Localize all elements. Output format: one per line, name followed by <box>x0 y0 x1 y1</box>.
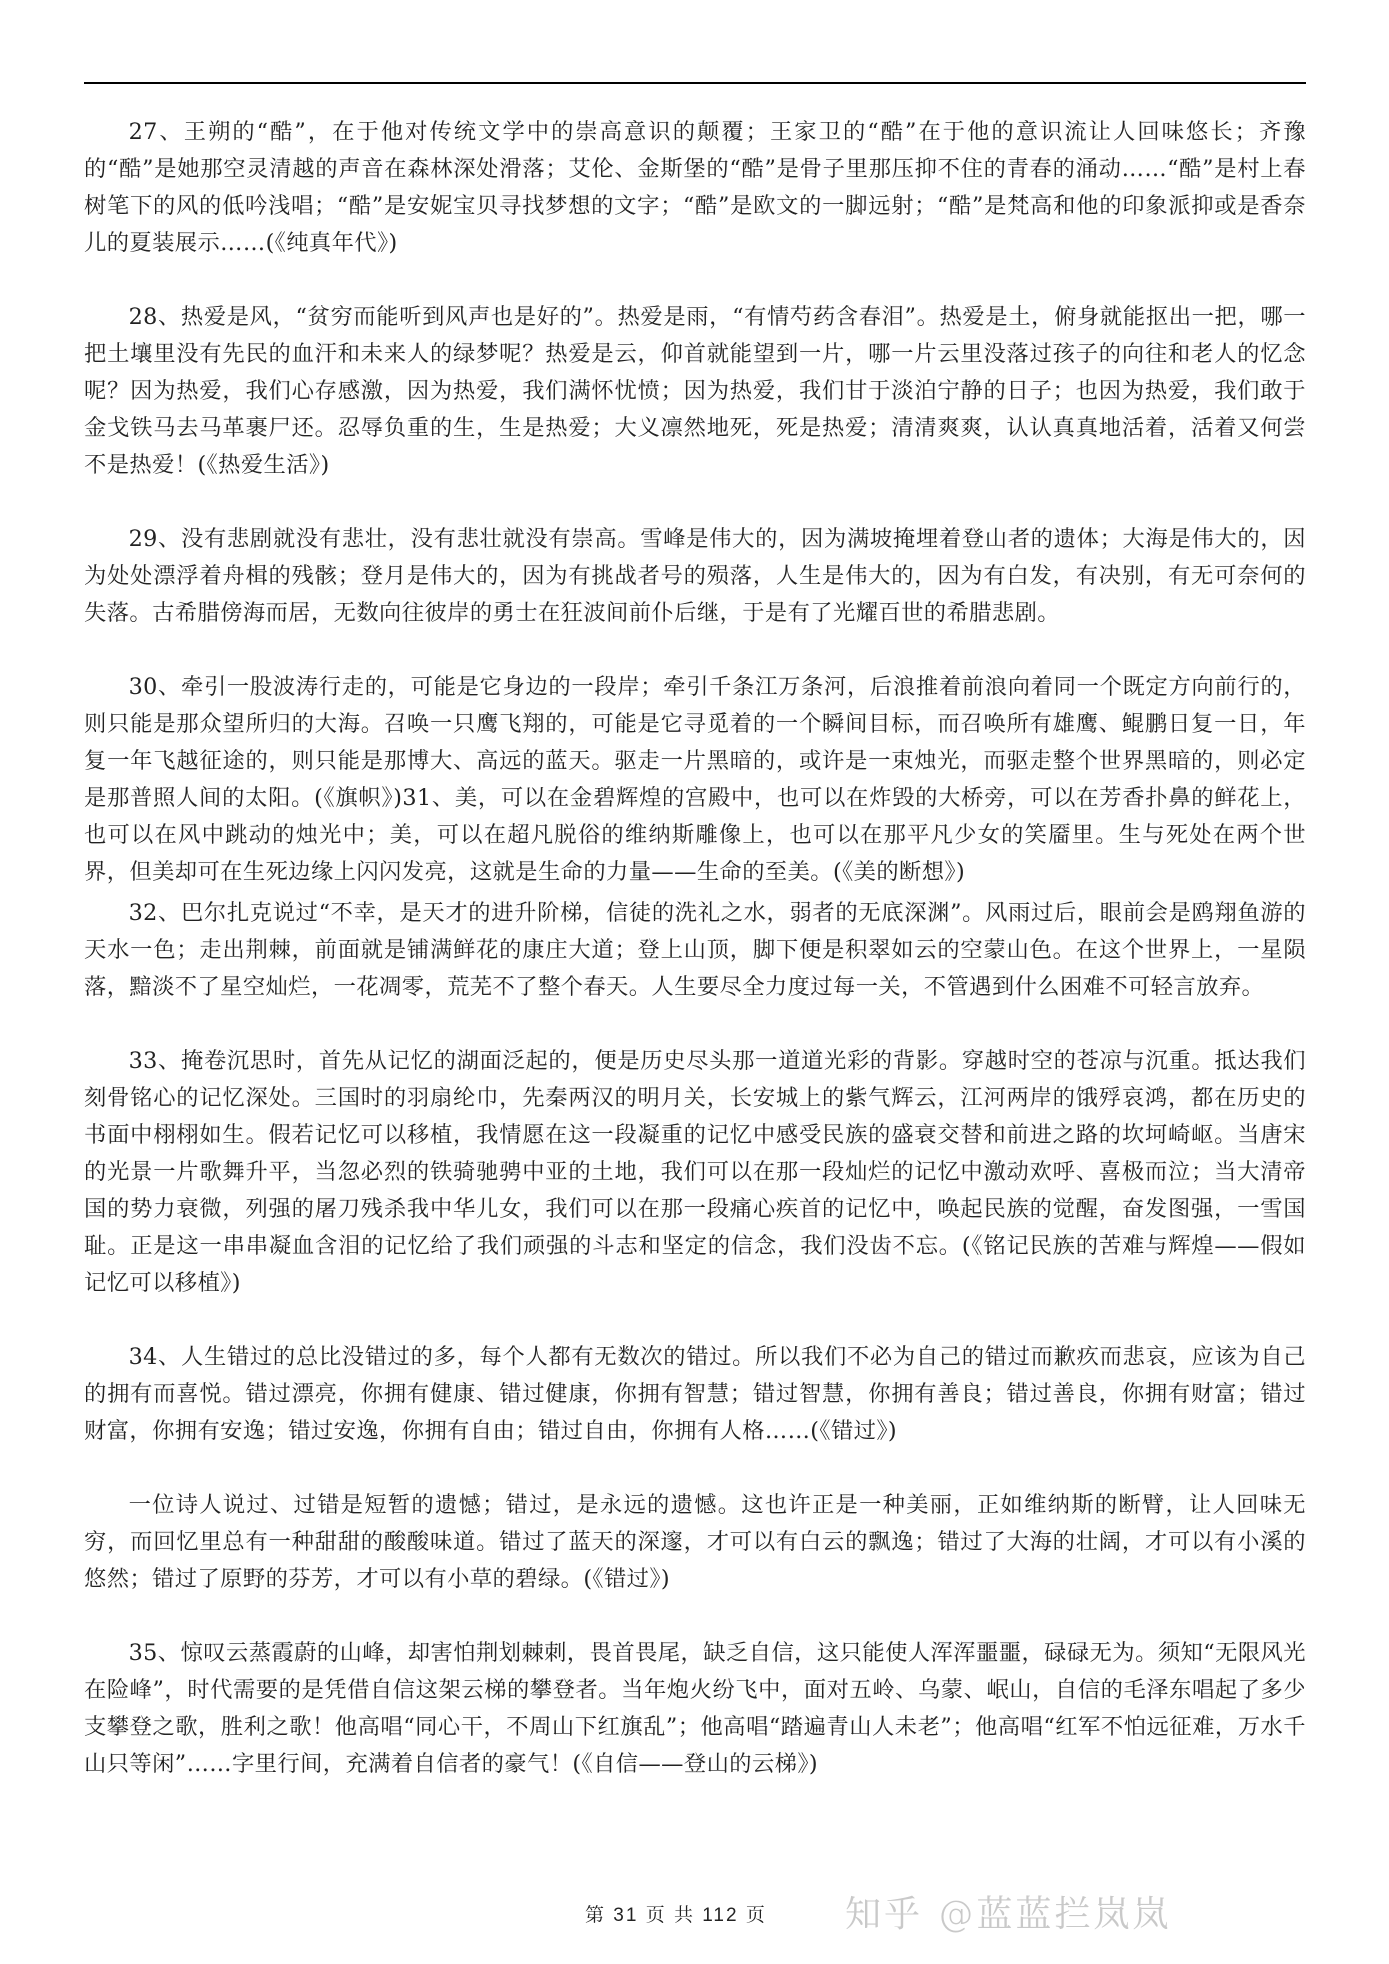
paragraph-gap <box>84 1450 1306 1487</box>
zhihu-watermark: 知乎 @蓝蓝拦岚岚 <box>845 1886 1171 1937</box>
paragraph-34: 34、人生错过的总比没错过的多，每个人都有无数次的错过。所以我们不必为自己的错过… <box>84 1339 1306 1450</box>
paragraph-28: 28、热爱是风，“贫穷而能听到风声也是好的”。热爱是雨，“有情芍药含春泪”。热爱… <box>84 299 1306 484</box>
paragraph-gap <box>84 1302 1306 1339</box>
paragraph-30-31: 30、牵引一股波涛行走的，可能是它身边的一段岸；牵引千条江万条河，后浪推着前浪向… <box>84 669 1306 891</box>
paragraph-29: 29、没有悲剧就没有悲壮，没有悲壮就没有崇高。雪峰是伟大的，因为满坡掩埋着登山者… <box>84 521 1306 632</box>
paragraph-gap <box>84 1598 1306 1635</box>
page-indicator: 第 31 页 共 112 页 <box>585 1900 767 1927</box>
paragraph-35: 35、惊叹云蒸霞蔚的山峰，却害怕荆划棘刺，畏首畏尾，缺乏自信，这只能使人浑浑噩噩… <box>84 1635 1306 1783</box>
paragraph-gap <box>84 632 1306 669</box>
paragraph-poet: 一位诗人说过、过错是短暂的遗憾；错过，是永远的遗憾。这也许正是一种美丽，正如维纳… <box>84 1487 1306 1598</box>
paragraph-gap <box>84 484 1306 521</box>
document-body: 27、王朔的“酷”，在于他对传统文学中的崇高意识的颠覆；王家卫的“酷”在于他的意… <box>84 114 1306 1783</box>
document-page: 27、王朔的“酷”，在于他对传统文学中的崇高意识的颠覆；王家卫的“酷”在于他的意… <box>0 0 1389 1964</box>
header-rule <box>84 82 1306 84</box>
paragraph-gap <box>84 1006 1306 1043</box>
paragraph-32: 32、巴尔扎克说过“不幸，是天才的进升阶梯，信徒的洗礼之水，弱者的无底深渊”。风… <box>84 895 1306 1006</box>
paragraph-33: 33、掩卷沉思时，首先从记忆的湖面泛起的，便是历史尽头那一道道光彩的背影。穿越时… <box>84 1043 1306 1302</box>
paragraph-gap <box>84 262 1306 299</box>
paragraph-27: 27、王朔的“酷”，在于他对传统文学中的崇高意识的颠覆；王家卫的“酷”在于他的意… <box>84 114 1306 262</box>
